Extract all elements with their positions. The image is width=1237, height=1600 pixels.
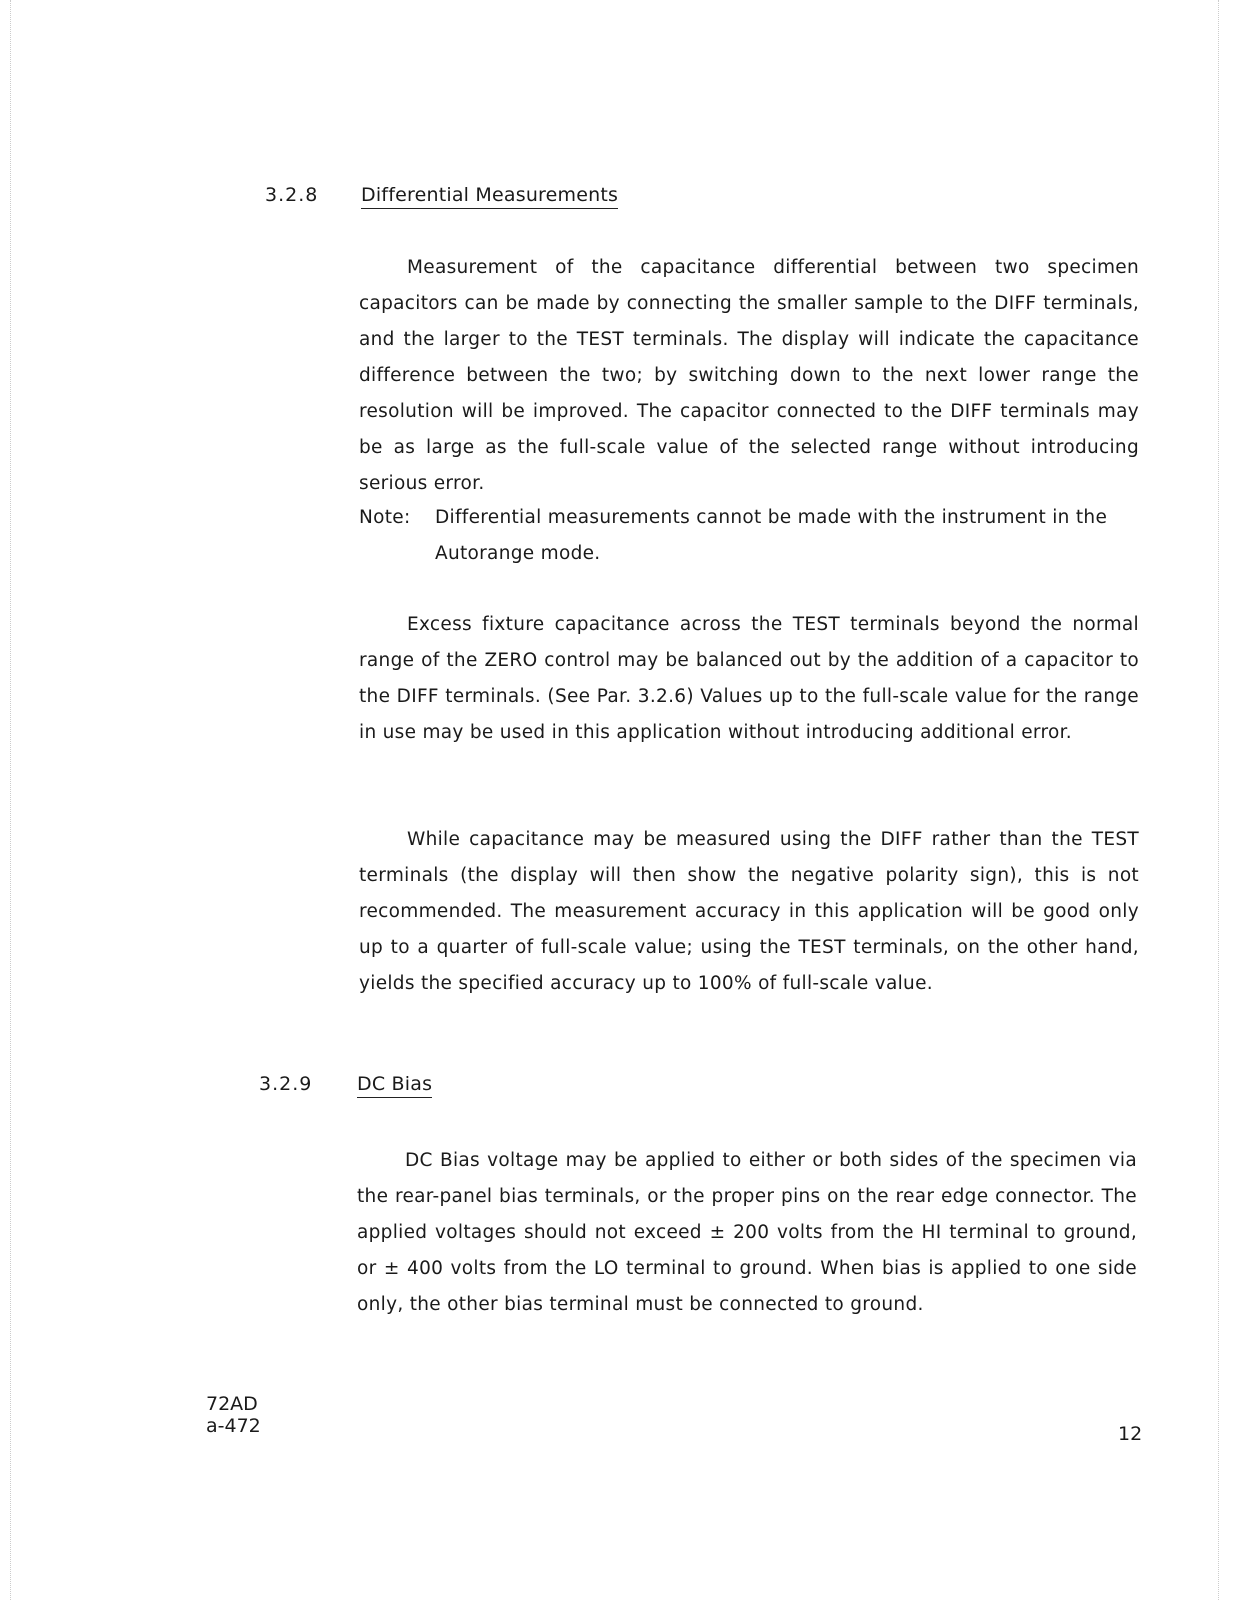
note: Note: Differential measurements cannot b… bbox=[359, 500, 1139, 572]
paragraph-text: While capacitance may be measured using … bbox=[359, 829, 1139, 994]
model-code: 72AD bbox=[206, 1393, 261, 1415]
section-number: 3.2.8 bbox=[265, 184, 318, 206]
scan-edge-right bbox=[1218, 0, 1221, 1600]
paragraph: Measurement of the capacitance different… bbox=[359, 250, 1139, 502]
paragraph-text: Excess fixture capacitance across the TE… bbox=[359, 614, 1139, 743]
paragraph: DC Bias voltage may be applied to either… bbox=[357, 1143, 1137, 1323]
section-number: 3.2.9 bbox=[259, 1073, 312, 1095]
paragraph: Excess fixture capacitance across the TE… bbox=[359, 607, 1139, 751]
paragraph-text: DC Bias voltage may be applied to either… bbox=[357, 1150, 1137, 1315]
section-title: Differential Measurements bbox=[361, 184, 618, 209]
note-label: Note: bbox=[359, 507, 411, 528]
footer-model: 72AD a-472 bbox=[206, 1393, 261, 1437]
section-title: DC Bias bbox=[357, 1073, 432, 1098]
scan-edge-left bbox=[10, 0, 13, 1600]
paragraph-text: Measurement of the capacitance different… bbox=[359, 257, 1139, 494]
page-number: 12 bbox=[1118, 1423, 1142, 1445]
note-text: Differential measurements cannot be made… bbox=[435, 500, 1139, 572]
document-code: a-472 bbox=[206, 1415, 261, 1437]
paragraph: While capacitance may be measured using … bbox=[359, 822, 1139, 1002]
